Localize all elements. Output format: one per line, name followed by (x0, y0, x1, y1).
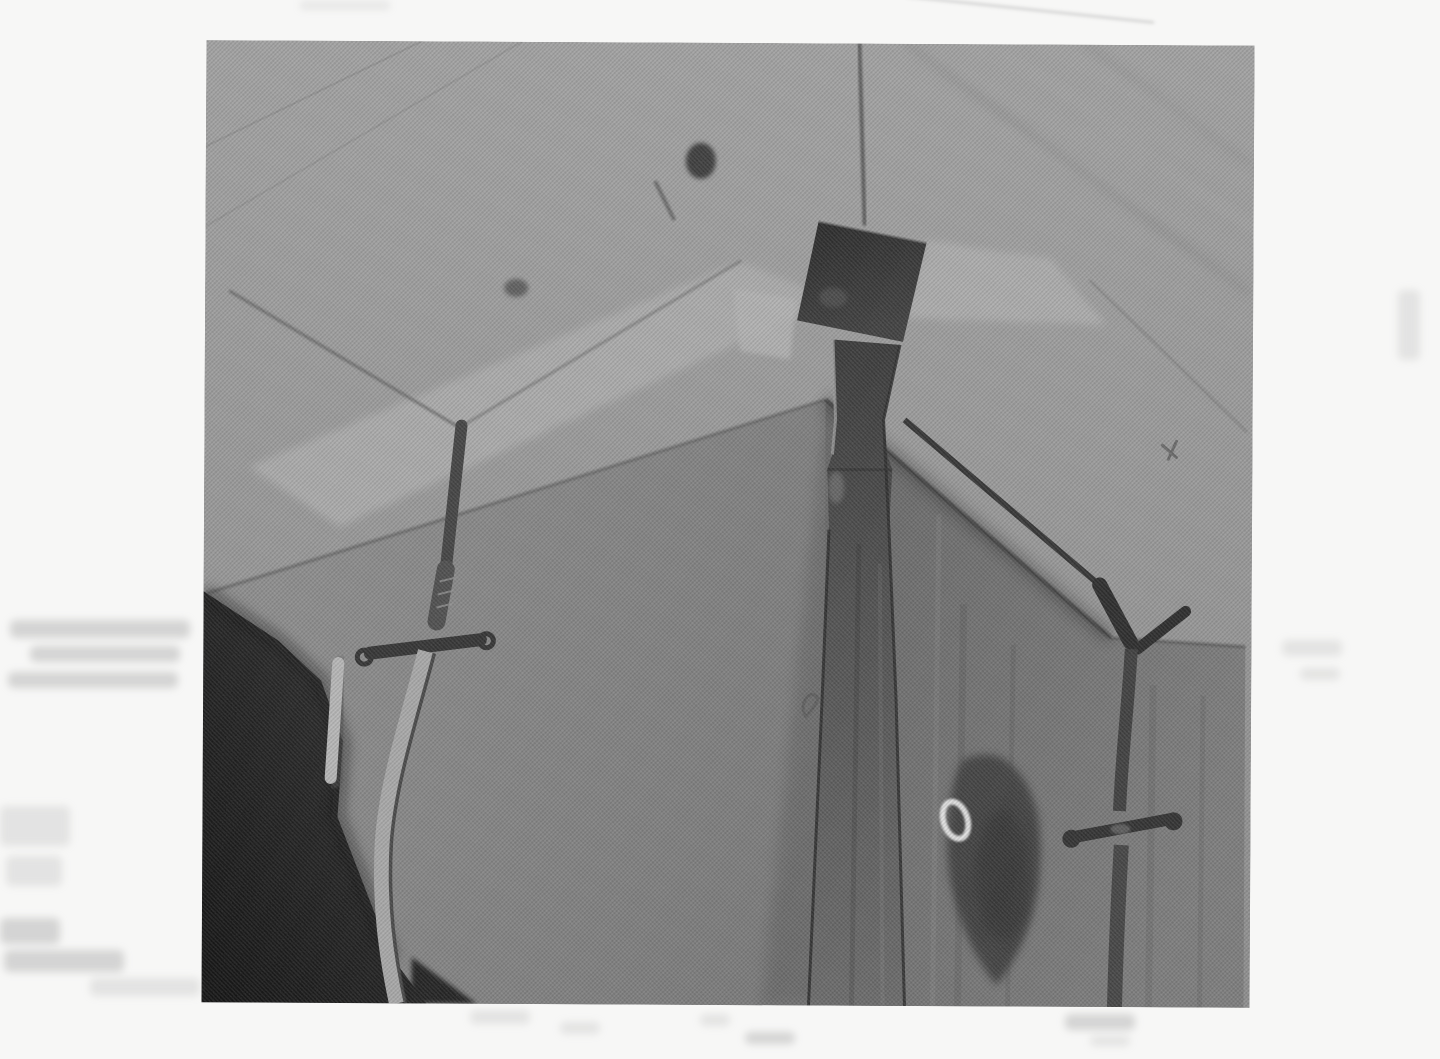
showthrough-mark (300, 2, 390, 9)
showthrough-mark (470, 1010, 530, 1024)
showthrough-mark (0, 918, 60, 944)
showthrough-mark (1398, 290, 1420, 360)
photo-scene (201, 40, 1254, 1007)
scanned-page (0, 0, 1440, 1059)
halftone-grain (201, 40, 1254, 1007)
showthrough-mark (700, 1014, 730, 1026)
showthrough-mark (90, 978, 200, 996)
showthrough-mark (8, 672, 178, 688)
showthrough-mark (6, 856, 62, 886)
halftone-photograph (201, 40, 1254, 1007)
showthrough-mark (560, 1022, 600, 1034)
showthrough-mark (1300, 668, 1340, 680)
showthrough-mark (4, 950, 124, 972)
showthrough-mark (1282, 640, 1342, 656)
scan-scratch (906, 0, 1155, 24)
showthrough-mark (745, 1032, 795, 1044)
showthrough-mark (1065, 1014, 1135, 1030)
showthrough-mark (30, 646, 180, 662)
showthrough-mark (0, 806, 70, 846)
showthrough-mark (1090, 1036, 1130, 1046)
showthrough-mark (10, 620, 190, 638)
